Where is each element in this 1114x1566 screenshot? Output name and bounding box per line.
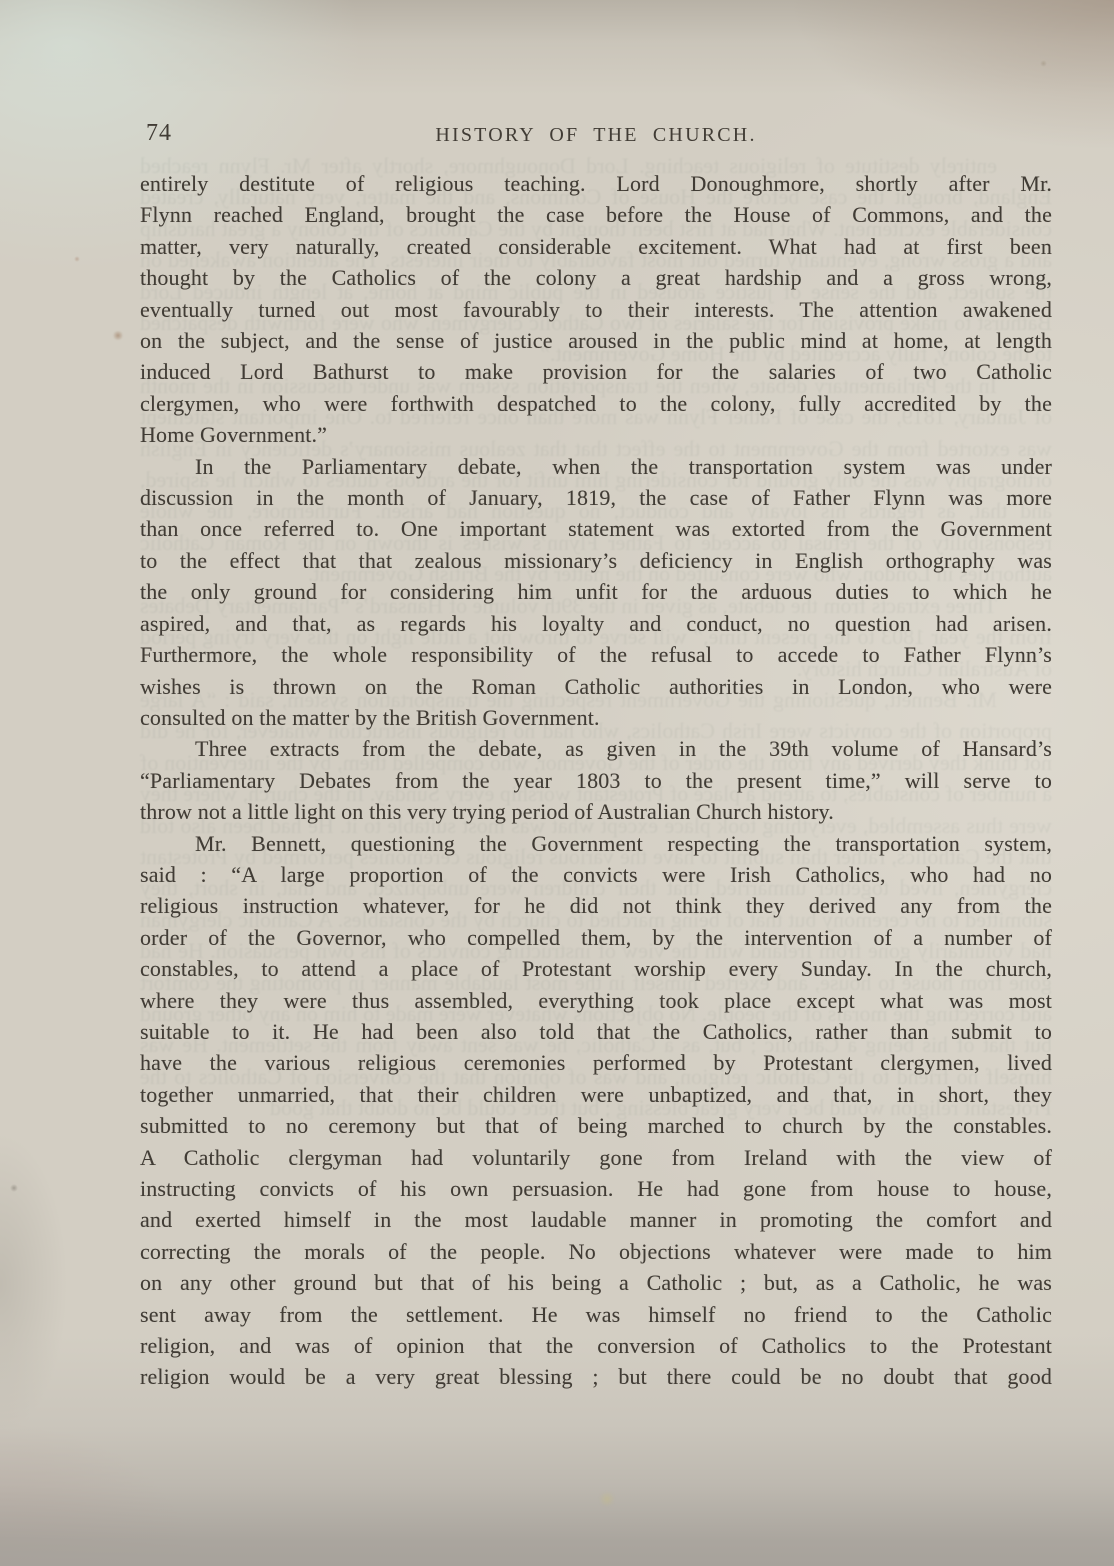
text-line: and exerted himself in the most laudable… — [140, 1204, 1052, 1235]
text-line: religious instruction whatever, for he d… — [140, 890, 1052, 921]
text-line: A Catholic clergyman had voluntarily gon… — [140, 1142, 1052, 1173]
text-line: throw not a little light on this very tr… — [140, 796, 1052, 827]
foxing-spot — [1040, 60, 1047, 67]
text-line: the only ground for considering him unfi… — [140, 576, 1052, 607]
text-line: Home Government.” — [140, 419, 1052, 450]
text-line: on any other ground but that of his bein… — [140, 1267, 1052, 1298]
text-line: wishes is thrown on the Roman Catholic a… — [140, 671, 1052, 702]
text-line: religion, and was of opinion that the co… — [140, 1330, 1052, 1361]
text-line: Furthermore, the whole responsibility of… — [140, 639, 1052, 670]
paragraph: Mr. Bennett, questioning the Government … — [140, 828, 1052, 1393]
text-line: together unmarried, that their children … — [140, 1079, 1052, 1110]
text-line: sent away from the settlement. He was hi… — [140, 1299, 1052, 1330]
text-line: clergymen, who were forthwith despatched… — [140, 388, 1052, 419]
text-line: have the various religious ceremonies pe… — [140, 1047, 1052, 1078]
text-line: instructing convicts of his own persuasi… — [140, 1173, 1052, 1204]
text-line: order of the Governor, who compelled the… — [140, 922, 1052, 953]
text-line: religion would be a very great blessing … — [140, 1361, 1052, 1392]
text-line: discussion in the month of January, 1819… — [140, 482, 1052, 513]
page-header: 74 HISTORY OF THE CHURCH. — [140, 120, 1052, 152]
book-page-scan: entirely destitute of religious teaching… — [0, 0, 1114, 1566]
text-line: matter, very naturally, created consider… — [140, 231, 1052, 262]
text-line: than once referred to. One important sta… — [140, 513, 1052, 544]
running-title: HISTORY OF THE CHURCH. — [140, 124, 1052, 147]
text-line: eventually turned out most favourably to… — [140, 294, 1052, 325]
text-line: submitted to no ceremony but that of bei… — [140, 1110, 1052, 1141]
body-text: entirely destitute of religious teaching… — [140, 168, 1052, 1393]
foxing-spot — [10, 1184, 18, 1192]
text-line: where they were thus assembled, everythi… — [140, 985, 1052, 1016]
text-line: correcting the morals of the people. No … — [140, 1236, 1052, 1267]
text-line: In the Parliamentary debate, when the tr… — [140, 451, 1052, 482]
text-line: to the effect that that zealous missiona… — [140, 545, 1052, 576]
text-line: on the subject, and the sense of justice… — [140, 325, 1052, 356]
text-line: Mr. Bennett, questioning the Government … — [140, 828, 1052, 859]
text-line: thought by the Catholics of the colony a… — [140, 262, 1052, 293]
text-line: aspired, and that, as regards his loyalt… — [140, 608, 1052, 639]
text-line: said : “A large proportion of the convic… — [140, 859, 1052, 890]
paragraph: Three extracts from the debate, as given… — [140, 733, 1052, 827]
text-line: induced Lord Bathurst to make provision … — [140, 356, 1052, 387]
paragraph: In the Parliamentary debate, when the tr… — [140, 451, 1052, 734]
text-line: “Parliamentary Debates from the year 180… — [140, 765, 1052, 796]
text-line: constables, to attend a place of Protest… — [140, 953, 1052, 984]
text-line: Three extracts from the debate, as given… — [140, 733, 1052, 764]
paragraph: entirely destitute of religious teaching… — [140, 168, 1052, 451]
foxing-spot — [598, 1492, 616, 1506]
text-line: suitable to it. He had been also told th… — [140, 1016, 1052, 1047]
text-line: consulted on the matter by the British G… — [140, 702, 1052, 733]
text-line: entirely destitute of religious teaching… — [140, 168, 1052, 199]
foxing-spot — [74, 256, 80, 262]
text-line: Flynn reached England, brought the case … — [140, 199, 1052, 230]
foxing-spot — [112, 331, 124, 340]
